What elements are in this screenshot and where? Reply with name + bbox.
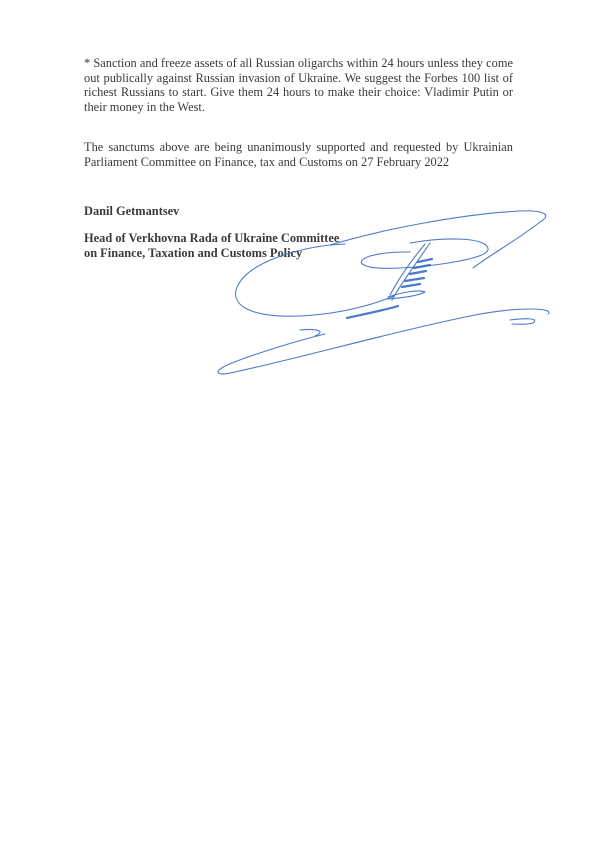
signatory-title: Head of Verkhovna Rada of Ukraine Commit…: [84, 231, 339, 260]
paragraph-committee-support: The sanctums above are being unanimously…: [84, 140, 513, 169]
paragraph-sanctions-request: * Sanction and freeze assets of all Russ…: [84, 56, 513, 114]
handwritten-signature-icon: [0, 0, 595, 842]
document-page: * Sanction and freeze assets of all Russ…: [0, 0, 595, 842]
signatory-title-line-1: Head of Verkhovna Rada of Ukraine Commit…: [84, 231, 339, 246]
signatory-title-line-2: on Finance, Taxation and Customs Policy: [84, 246, 339, 261]
signatory-name: Danil Getmantsev: [84, 204, 179, 219]
